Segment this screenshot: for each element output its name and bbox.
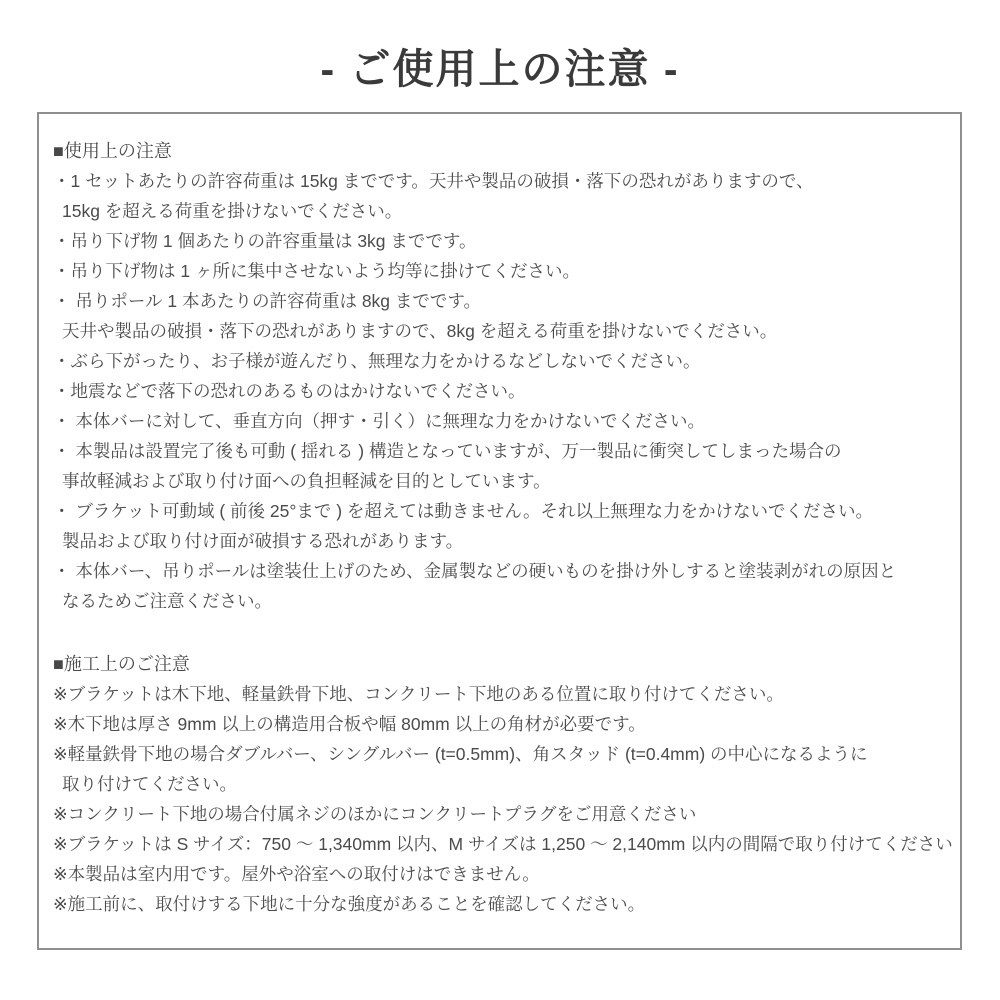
notice-line-continuation: 事故軽減および取り付け面への負担軽減を目的としています。 xyxy=(53,466,946,496)
notice-line: ・ 本体バーに対して、垂直方向（押す・引く）に無理な力をかけないでください。 xyxy=(53,406,946,436)
notice-line: ※本製品は室内用です。屋外や浴室への取付けはできません。 xyxy=(53,859,946,889)
notice-line: ・1 セットあたりの許容荷重は 15kg までです。天井や製品の破損・落下の恐れ… xyxy=(53,166,946,196)
section-installation-precautions: ■施工上のご注意 ※ブラケットは木下地、軽量鉄骨下地、コンクリート下地のある位置… xyxy=(53,649,946,919)
notice-line-continuation: 15kg を超える荷重を掛けないでください。 xyxy=(53,196,946,226)
notice-line: ・ぶら下がったり、お子様が遊んだり、無理な力をかけるなどしないでください。 xyxy=(53,346,946,376)
notice-line: ・吊り下げ物は 1 ヶ所に集中させないよう均等に掛けてください。 xyxy=(53,256,946,286)
notice-line: ・吊り下げ物 1 個あたりの許容重量は 3kg までです。 xyxy=(53,226,946,256)
notice-line: ※ブラケットは木下地、軽量鉄骨下地、コンクリート下地のある位置に取り付けてくださ… xyxy=(53,679,946,709)
notice-line: ※木下地は厚さ 9mm 以上の構造用合板や幅 80mm 以上の角材が必要です。 xyxy=(53,709,946,739)
section-heading-installation: ■施工上のご注意 xyxy=(53,649,946,679)
notice-line: ※コンクリート下地の場合付属ネジのほかにコンクリートプラグをご用意ください xyxy=(53,799,946,829)
notice-line: ※ブラケットは S サイズ：750 ～ 1,340mm 以内、M サイズは 1,… xyxy=(53,829,946,859)
notice-line: ・地震などで落下の恐れのあるものはかけないでください。 xyxy=(53,376,946,406)
notice-line: ・ ブラケット可動域 ( 前後 25°まで ) を超えては動きません。それ以上無… xyxy=(53,496,946,526)
notice-line: ※施工前に、取付けする下地に十分な強度があることを確認してください。 xyxy=(53,889,946,919)
notice-line-continuation: なるためご注意ください。 xyxy=(53,586,946,616)
usage-notice-page: - ご使用上の注意 - ■使用上の注意 ・1 セットあたりの許容荷重は 15kg… xyxy=(0,0,1000,1000)
notice-line: ・ 吊りポール 1 本あたりの許容荷重は 8kg までです。 xyxy=(53,286,946,316)
notice-box: ■使用上の注意 ・1 セットあたりの許容荷重は 15kg までです。天井や製品の… xyxy=(37,112,962,950)
notice-line: ・ 本製品は設置完了後も可動 ( 揺れる ) 構造となっていますが、万一製品に衝… xyxy=(53,436,946,466)
notice-line-continuation: 製品および取り付け面が破損する恐れがあります。 xyxy=(53,526,946,556)
section-heading-usage: ■使用上の注意 xyxy=(53,136,946,166)
page-title: - ご使用上の注意 - xyxy=(0,36,1000,95)
section-usage-precautions: ■使用上の注意 ・1 セットあたりの許容荷重は 15kg までです。天井や製品の… xyxy=(53,136,946,616)
notice-line-continuation: 取り付けてください。 xyxy=(53,769,946,799)
notice-line: ・ 本体バー、吊りポールは塗装仕上げのため、金属製などの硬いものを掛け外しすると… xyxy=(53,556,946,586)
notice-line-continuation: 天井や製品の破損・落下の恐れがありますので、8kg を超える荷重を掛けないでくだ… xyxy=(53,316,946,346)
notice-line: ※軽量鉄骨下地の場合ダブルバー、シングルバー (t=0.5mm)、角スタッド (… xyxy=(53,739,946,769)
